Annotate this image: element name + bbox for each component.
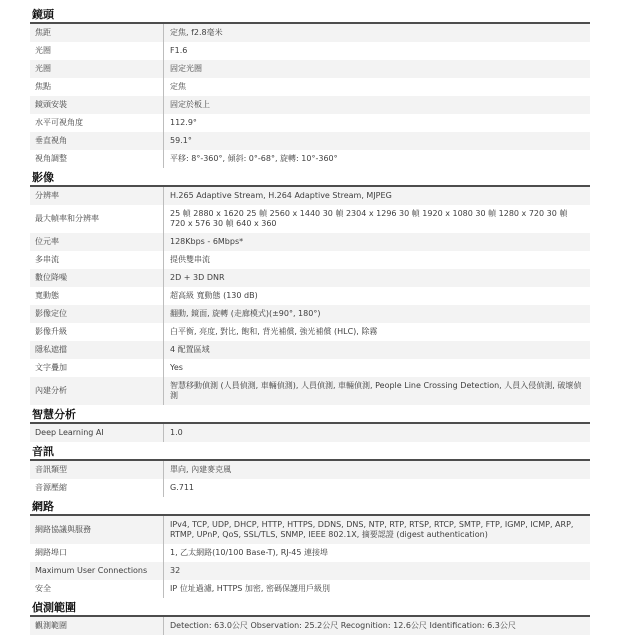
spec-label: 焦距 xyxy=(30,24,163,42)
spec-value: 1.0 xyxy=(163,424,590,442)
spec-table: 音訊類型單向, 內建麥克風 音源壓縮G.711 xyxy=(30,461,590,497)
spec-value: 112.9° xyxy=(163,114,590,132)
spec-value: 定焦, f2.8毫米 xyxy=(163,24,590,42)
spec-row: 影像定位翻動, 鏡面, 旋轉 (走廊模式)(±90°, 180°) xyxy=(30,305,590,323)
spec-row: 音源壓縮G.711 xyxy=(30,479,590,497)
spec-row: 文字疊加Yes xyxy=(30,359,590,377)
section-title: 音訊 xyxy=(30,446,590,461)
spec-label: 隱私遮擋 xyxy=(30,341,163,359)
spec-value: 固定於板上 xyxy=(163,96,590,114)
spec-value: Detection: 63.0公尺 Observation: 25.2公尺 Re… xyxy=(163,617,590,635)
spec-label: 觀測範圍 xyxy=(30,617,163,635)
spec-value: 定焦 xyxy=(163,78,590,96)
spec-label: 多串流 xyxy=(30,251,163,269)
spec-row: Deep Learning AI1.0 xyxy=(30,424,590,442)
spec-row: 多串流提供雙串流 xyxy=(30,251,590,269)
section-title: 鏡頭 xyxy=(30,9,590,24)
spec-row: 鏡頭安裝固定於板上 xyxy=(30,96,590,114)
spec-value: 128Kbps - 6Mbps* xyxy=(163,233,590,251)
spec-label: Deep Learning AI xyxy=(30,424,163,442)
section-lens: 鏡頭 焦距定焦, f2.8毫米 光圈F1.6 光圈固定光圈 焦點定焦 鏡頭安裝固… xyxy=(30,9,590,168)
spec-label: 水平可視角度 xyxy=(30,114,163,132)
spec-value: 提供雙串流 xyxy=(163,251,590,269)
spec-row: 觀測範圍Detection: 63.0公尺 Observation: 25.2公… xyxy=(30,617,590,635)
spec-row: 內建分析智慧移動偵測 (人員偵測, 車輛偵測), 人員偵測, 車輛偵測, Peo… xyxy=(30,377,590,405)
spec-row: Maximum User Connections32 xyxy=(30,562,590,580)
spec-row: 分辨率H.265 Adaptive Stream, H.264 Adaptive… xyxy=(30,187,590,205)
spec-row: 光圈固定光圈 xyxy=(30,60,590,78)
spec-row: 網路協議與服務IPv4, TCP, UDP, DHCP, HTTP, HTTPS… xyxy=(30,516,590,544)
spec-row: 焦點定焦 xyxy=(30,78,590,96)
spec-row: 數位降噪2D + 3D DNR xyxy=(30,269,590,287)
spec-row: 水平可視角度112.9° xyxy=(30,114,590,132)
spec-value: 59.1° xyxy=(163,132,590,150)
spec-label: 網路埠口 xyxy=(30,544,163,562)
spec-label: 寬動態 xyxy=(30,287,163,305)
spec-label: 位元率 xyxy=(30,233,163,251)
spec-value: 32 xyxy=(163,562,590,580)
spec-value: 白平衡, 亮度, 對比, 飽和, 背光補償, 強光補償 (HLC), 除霧 xyxy=(163,323,590,341)
spec-row: 安全IP 位址過濾, HTTPS 加密, 密碼保護用戶級別 xyxy=(30,580,590,598)
spec-value: IPv4, TCP, UDP, DHCP, HTTP, HTTPS, DDNS,… xyxy=(163,516,590,544)
spec-row: 最大幀率和分辨率25 幀 2880 x 1620 25 幀 2560 x 144… xyxy=(30,205,590,233)
spec-label: 網路協議與服務 xyxy=(30,516,163,544)
spec-label: 垂直視角 xyxy=(30,132,163,150)
section-audio: 音訊 音訊類型單向, 內建麥克風 音源壓縮G.711 xyxy=(30,446,590,497)
spec-value: 智慧移動偵測 (人員偵測, 車輛偵測), 人員偵測, 車輛偵測, People … xyxy=(163,377,590,405)
spec-row: 視角調整平移: 8°-360°, 傾斜: 0°-68°, 旋轉: 10°-360… xyxy=(30,150,590,168)
spec-row: 影像升級白平衡, 亮度, 對比, 飽和, 背光補償, 強光補償 (HLC), 除… xyxy=(30,323,590,341)
spec-row: 垂直視角59.1° xyxy=(30,132,590,150)
spec-label: 安全 xyxy=(30,580,163,598)
spec-value: G.711 xyxy=(163,479,590,497)
spec-label: 焦點 xyxy=(30,78,163,96)
spec-label: 數位降噪 xyxy=(30,269,163,287)
spec-table: 焦距定焦, f2.8毫米 光圈F1.6 光圈固定光圈 焦點定焦 鏡頭安裝固定於板… xyxy=(30,24,590,168)
section-title: 偵測範圍 xyxy=(30,602,590,617)
section-image: 影像 分辨率H.265 Adaptive Stream, H.264 Adapt… xyxy=(30,172,590,405)
spec-label: 光圈 xyxy=(30,60,163,78)
spec-label: 影像定位 xyxy=(30,305,163,323)
spec-label: 內建分析 xyxy=(30,377,163,405)
spec-label: 音訊類型 xyxy=(30,461,163,479)
spec-label: 最大幀率和分辨率 xyxy=(30,205,163,233)
section-title: 智慧分析 xyxy=(30,409,590,424)
spec-value: 平移: 8°-360°, 傾斜: 0°-68°, 旋轉: 10°-360° xyxy=(163,150,590,168)
spec-label: 光圈 xyxy=(30,42,163,60)
spec-value: IP 位址過濾, HTTPS 加密, 密碼保護用戶級別 xyxy=(163,580,590,598)
spec-value: 2D + 3D DNR xyxy=(163,269,590,287)
spec-row: 位元率128Kbps - 6Mbps* xyxy=(30,233,590,251)
spec-label: 分辨率 xyxy=(30,187,163,205)
spec-label: 文字疊加 xyxy=(30,359,163,377)
spec-row: 音訊類型單向, 內建麥克風 xyxy=(30,461,590,479)
spec-label: 鏡頭安裝 xyxy=(30,96,163,114)
spec-label: Maximum User Connections xyxy=(30,562,163,580)
section-smart-analytics: 智慧分析 Deep Learning AI1.0 xyxy=(30,409,590,442)
spec-row: 隱私遮擋4 配置區域 xyxy=(30,341,590,359)
spec-value: F1.6 xyxy=(163,42,590,60)
spec-value: 25 幀 2880 x 1620 25 幀 2560 x 1440 30 幀 2… xyxy=(163,205,590,233)
spec-value: 4 配置區域 xyxy=(163,341,590,359)
spec-value: 固定光圈 xyxy=(163,60,590,78)
spec-label: 影像升級 xyxy=(30,323,163,341)
spec-value: 翻動, 鏡面, 旋轉 (走廊模式)(±90°, 180°) xyxy=(163,305,590,323)
spec-value: 單向, 內建麥克風 xyxy=(163,461,590,479)
spec-sheet-page: { "colors":{ "background":"#ffffff", "se… xyxy=(0,0,620,620)
spec-value: 1, 乙太網路(10/100 Base-T), RJ-45 連接埠 xyxy=(163,544,590,562)
section-detection-range: 偵測範圍 觀測範圍Detection: 63.0公尺 Observation: … xyxy=(30,602,590,635)
spec-row: 焦距定焦, f2.8毫米 xyxy=(30,24,590,42)
spec-table: 分辨率H.265 Adaptive Stream, H.264 Adaptive… xyxy=(30,187,590,405)
spec-row: 網路埠口1, 乙太網路(10/100 Base-T), RJ-45 連接埠 xyxy=(30,544,590,562)
spec-table: 觀測範圍Detection: 63.0公尺 Observation: 25.2公… xyxy=(30,617,590,635)
spec-value: H.265 Adaptive Stream, H.264 Adaptive St… xyxy=(163,187,590,205)
spec-value: 超高級 寬動態 (130 dB) xyxy=(163,287,590,305)
spec-label: 音源壓縮 xyxy=(30,479,163,497)
section-title: 網路 xyxy=(30,501,590,516)
spec-table: Deep Learning AI1.0 xyxy=(30,424,590,442)
section-title: 影像 xyxy=(30,172,590,187)
spec-label: 視角調整 xyxy=(30,150,163,168)
spec-row: 光圈F1.6 xyxy=(30,42,590,60)
spec-row: 寬動態超高級 寬動態 (130 dB) xyxy=(30,287,590,305)
spec-table: 網路協議與服務IPv4, TCP, UDP, DHCP, HTTP, HTTPS… xyxy=(30,516,590,598)
spec-value: Yes xyxy=(163,359,590,377)
section-network: 網路 網路協議與服務IPv4, TCP, UDP, DHCP, HTTP, HT… xyxy=(30,501,590,598)
